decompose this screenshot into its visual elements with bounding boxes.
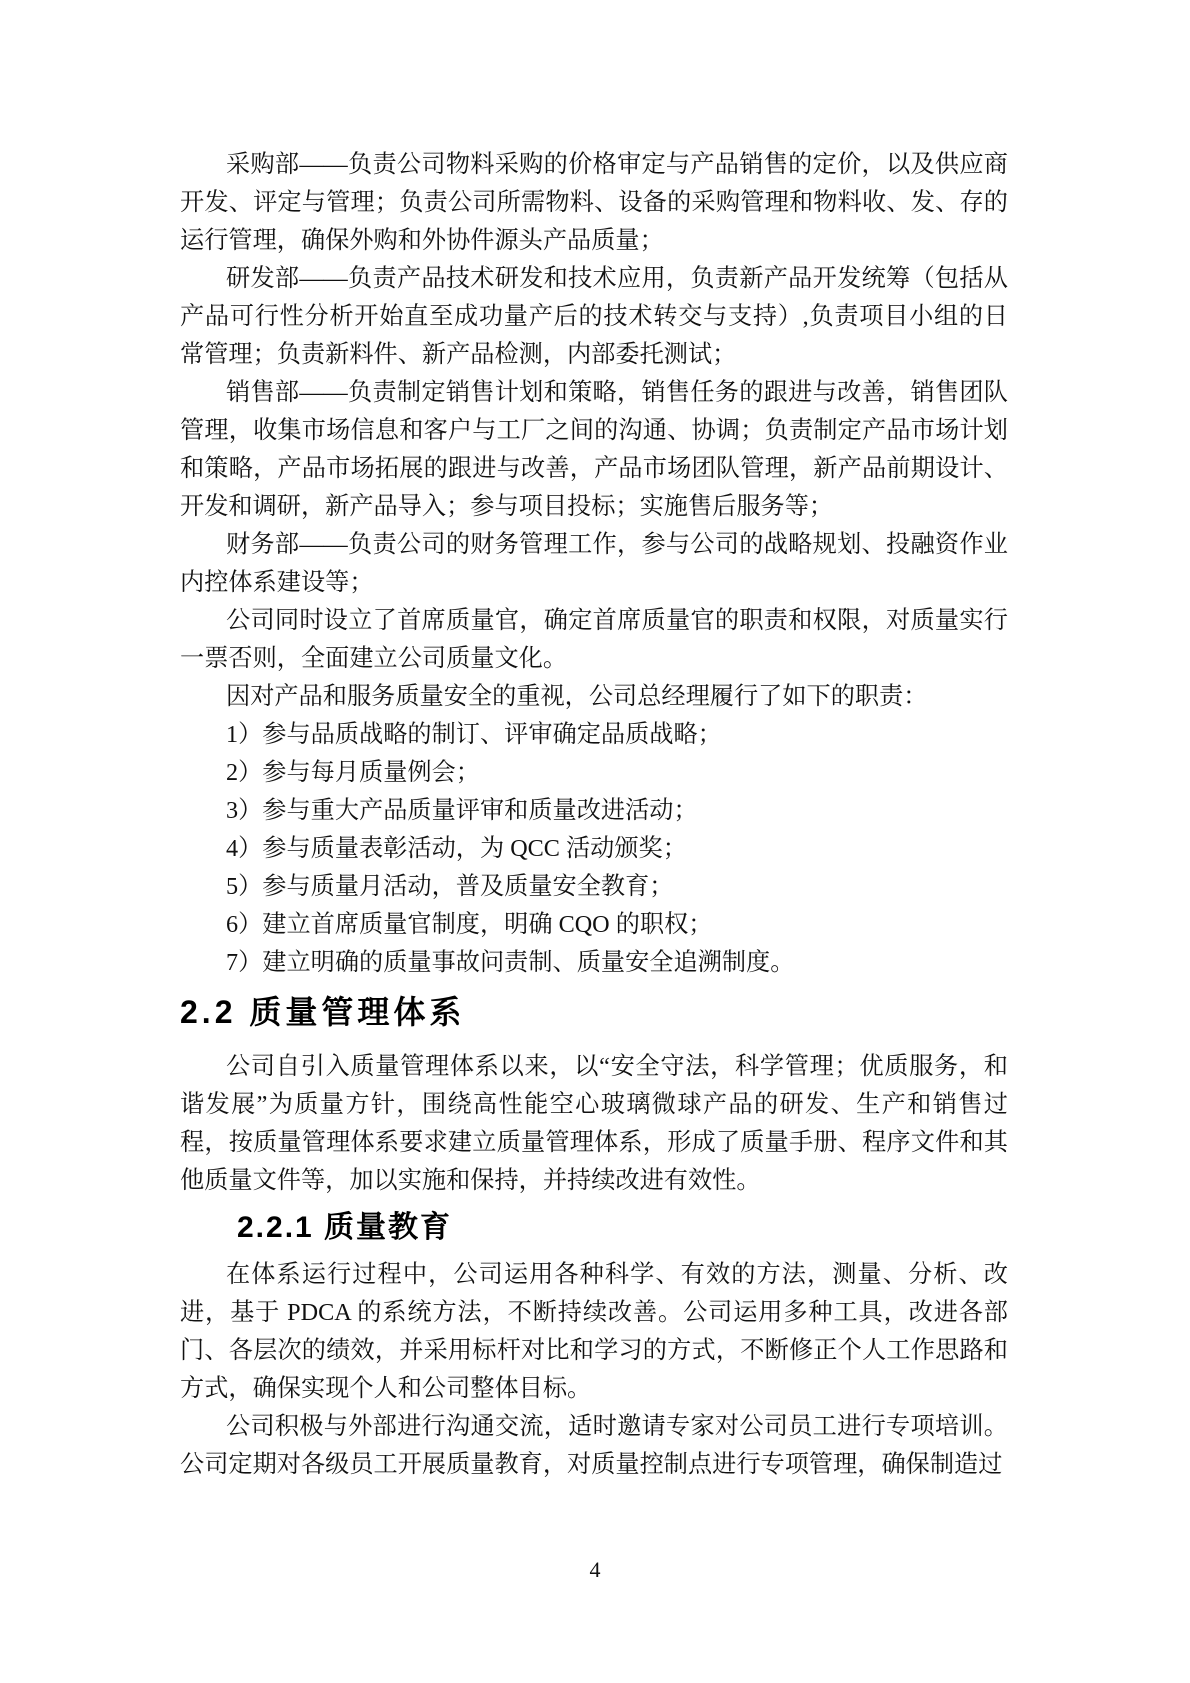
page-number: 4 (590, 1557, 601, 1582)
page-footer: 4 (0, 1556, 1190, 1584)
para-chief-quality-officer: 公司同时设立了首席质量官，确定首席质量官的职责和权限，对质量实行一票否则，全面建… (180, 602, 1008, 678)
document-page: 采购部——负责公司物料采购的价格审定与产品销售的定价，以及供应商开发、评定与管理… (0, 0, 1190, 1683)
para-sales-dept: 销售部——负责制定销售计划和策略，销售任务的跟进与改善，销售团队管理，收集市场信… (180, 374, 1008, 526)
para-gm-duties-intro: 因对产品和服务质量安全的重视，公司总经理履行了如下的职责： (180, 678, 1008, 716)
para-purchasing-dept: 采购部——负责公司物料采购的价格审定与产品销售的定价，以及供应商开发、评定与管理… (180, 146, 1008, 260)
list-item-2: 2）参与每月质量例会； (180, 754, 1008, 792)
list-item-4: 4）参与质量表彰活动，为 QCC 活动颁奖； (180, 830, 1008, 868)
para-qms-overview: 公司自引入质量管理体系以来，以“安全守法，科学管理；优质服务，和谐发展”为质量方… (180, 1048, 1008, 1200)
document-body: 采购部——负责公司物料采购的价格审定与产品销售的定价，以及供应商开发、评定与管理… (180, 146, 1008, 1484)
list-item-6: 6）建立首席质量官制度，明确 CQO 的职权； (180, 906, 1008, 944)
heading-2-2-1-quality-education: 2.2.1 质量教育 (180, 1206, 1008, 1250)
list-item-7: 7）建立明确的质量事故问责制、质量安全追溯制度。 (180, 944, 1008, 982)
para-rd-dept: 研发部——负责产品技术研发和技术应用，负责新产品开发统筹（包括从产品可行性分析开… (180, 260, 1008, 374)
list-item-1: 1）参与品质战略的制订、评审确定品质战略； (180, 716, 1008, 754)
para-finance-dept: 财务部——负责公司的财务管理工作，参与公司的战略规划、投融资作业内控体系建设等； (180, 526, 1008, 602)
heading-2-2-quality-management-system: 2.2 质量管理体系 (180, 990, 1008, 1034)
list-item-3: 3）参与重大产品质量评审和质量改进活动； (180, 792, 1008, 830)
para-quality-education-training: 公司积极与外部进行沟通交流，适时邀请专家对公司员工进行专项培训。公司定期对各级员… (180, 1408, 1008, 1484)
list-item-5: 5）参与质量月活动，普及质量安全教育； (180, 868, 1008, 906)
para-quality-education-methods: 在体系运行过程中，公司运用各种科学、有效的方法，测量、分析、改进，基于 PDCA… (180, 1256, 1008, 1408)
